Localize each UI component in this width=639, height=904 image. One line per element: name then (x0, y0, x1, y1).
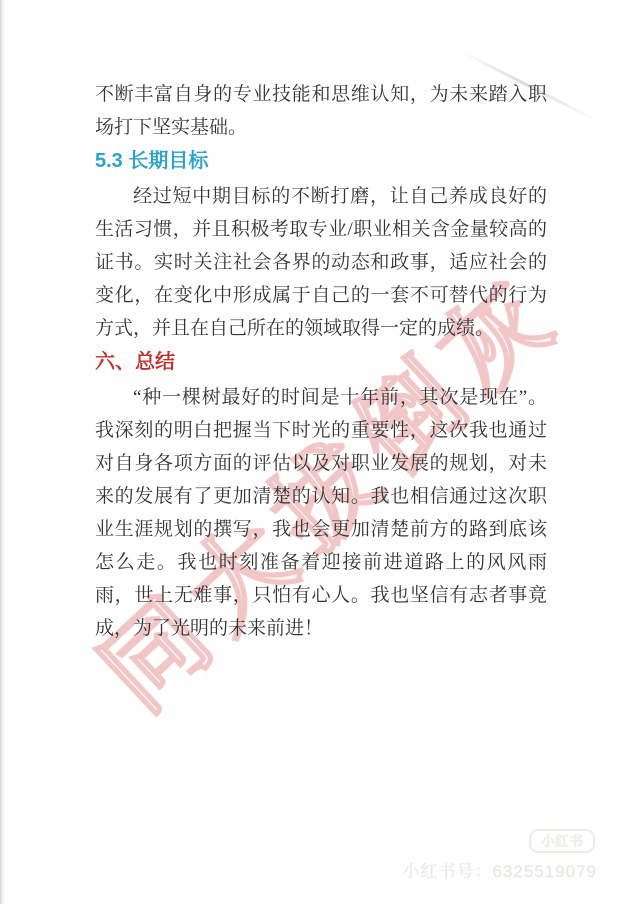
section-heading-summary: 六、总结 (95, 346, 547, 379)
paragraph-long-term-goal: 经过短中期目标的不断打磨，让自己养成良好的生活习惯，并且积极考取专业/职业相关含… (95, 180, 547, 345)
xiaohongshu-account-id: 小红书号：6325519079 (402, 857, 597, 882)
page-left-edge-shadow (0, 0, 5, 904)
paragraph-summary: “种一棵树最好的时间是十年前，其次是现在”。我深刻的明白把握当下时光的重要性，这… (95, 381, 547, 645)
xiaohongshu-logo: 小红书 (529, 829, 595, 853)
document-page: 同大拔倒灰 不断丰富自身的专业技能和思维认知，为未来踏入职场打下坚实基础。 5.… (0, 0, 639, 904)
paragraph-continuation: 不断丰富自身的专业技能和思维认知，为未来踏入职场打下坚实基础。 (95, 78, 547, 144)
section-heading-long-term-goal: 5.3 长期目标 (95, 145, 547, 178)
document-body: 不断丰富自身的专业技能和思维认知，为未来踏入职场打下坚实基础。 5.3 长期目标… (95, 78, 547, 645)
xiaohongshu-watermark: 小红书 小红书号：6325519079 (402, 829, 597, 882)
